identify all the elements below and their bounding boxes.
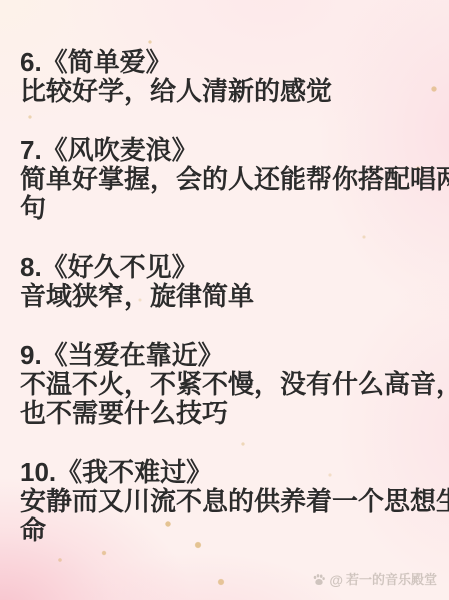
song-desc-line: 比较好学，给人清新的感觉 [20,77,441,106]
song-item: 9.《当爱在靠近》 不温不火，不紧不慢，没有什么高音， 也不需要什么技巧 [20,341,441,428]
song-list: 6.《简单爱》 比较好学，给人清新的感觉 7.《风吹麦浪》 简单好掌握，会的人还… [20,48,441,575]
song-desc-line: 句 [20,194,441,223]
song-desc-line: 命 [20,516,441,545]
song-item: 8.《好久不见》 音域狭窄，旋律简单 [20,253,441,311]
song-desc-line: 音域狭窄，旋律简单 [20,282,441,311]
page-background: 6.《简单爱》 比较好学，给人清新的感觉 7.《风吹麦浪》 简单好掌握，会的人还… [0,0,449,600]
at-icon: @ [329,572,343,588]
watermark: @ 若一的音乐殿堂 [312,572,437,588]
song-item: 10.《我不难过》 安静而又川流不息的供养着一个思想生 命 [20,458,441,545]
song-title: 6.《简单爱》 [20,48,441,77]
song-title: 10.《我不难过》 [20,458,441,487]
song-item: 7.《风吹麦浪》 简单好掌握，会的人还能帮你搭配唱两 句 [20,136,441,223]
song-title: 8.《好久不见》 [20,253,441,282]
song-desc-line: 安静而又川流不息的供养着一个思想生 [20,487,441,516]
song-desc-line: 简单好掌握，会的人还能帮你搭配唱两 [20,165,441,194]
watermark-text: 若一的音乐殿堂 [346,572,437,588]
paw-icon [312,573,326,587]
song-desc-line: 也不需要什么技巧 [20,399,441,428]
song-title: 9.《当爱在靠近》 [20,341,441,370]
song-title: 7.《风吹麦浪》 [20,136,441,165]
song-desc-line: 不温不火，不紧不慢，没有什么高音， [20,370,441,399]
song-item: 6.《简单爱》 比较好学，给人清新的感觉 [20,48,441,106]
